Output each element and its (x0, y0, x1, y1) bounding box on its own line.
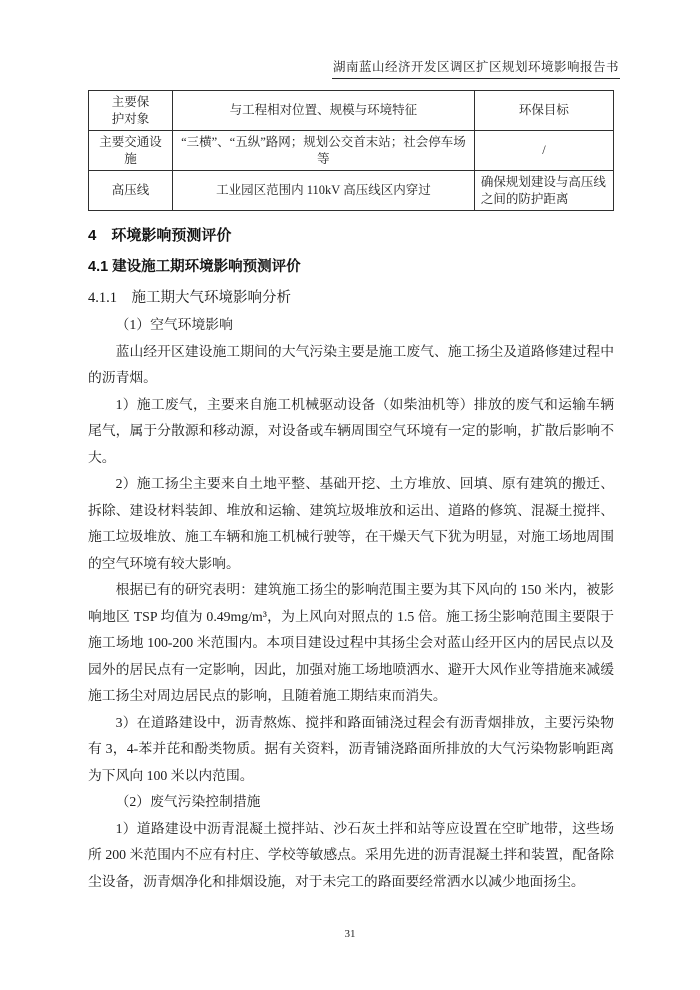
table-header-protect-target: 主要保 护对象 (89, 91, 173, 131)
running-title: 湖南蓝山经济开发区调区扩区规划环境影响报告书 (332, 57, 620, 79)
paragraph-construction-exhaust: 1）施工废气，主要来自施工机械驱动设备（如柴油机等）排放的废气和运输车辆尾气，属… (88, 392, 614, 472)
table-cell-target: 高压线 (89, 171, 173, 211)
table-cell-description: 工业园区范围内 110kV 高压线区内穿过 (173, 171, 475, 211)
page-number: 31 (0, 928, 700, 940)
table-header-position-feature: 与工程相对位置、规模与环境特征 (173, 91, 475, 131)
section-heading-4-1-1: 4.1.1 施工期大气环境影响分析 (88, 288, 614, 308)
paragraph-asphalt-smoke: 3）在道路建设中，沥青熬炼、搅拌和路面铺浇过程会有沥青烟排放，主要污染物有 3，… (88, 710, 614, 790)
body-text: （1）空气环境影响 蓝山经开区建设施工期间的大气污染主要是施工废气、施工扬尘及道… (88, 312, 614, 895)
paragraph-dust-research: 根据已有的研究表明：建筑施工扬尘的影响范围主要为其下风向的 150 米内，被影响… (88, 577, 614, 710)
section-heading-4-1: 4.1 建设施工期环境影响预测评价 (88, 257, 614, 277)
paragraph-intro: 蓝山经开区建设施工期间的大气污染主要是施工废气、施工扬尘及道路修建过程中的沥青烟… (88, 339, 614, 392)
table-cell-goal: 确保规划建设与高压线之间的防护距离 (474, 171, 613, 211)
paragraph-control-measures-subhead: （2）废气污染控制措施 (88, 789, 614, 816)
paragraph-construction-dust: 2）施工扬尘主要来自土地平整、基础开挖、土方堆放、回填、原有建筑的搬迁、拆除、建… (88, 471, 614, 577)
section-heading-4: 4 环境影响预测评价 (88, 226, 614, 246)
table-cell-goal: / (474, 131, 613, 171)
protection-targets-table: 主要保 护对象 与工程相对位置、规模与环境特征 环保目标 主要交通设施 “三横”… (88, 90, 614, 211)
paragraph-control-measure-1: 1）道路建设中沥青混凝土搅拌站、沙石灰土拌和站等应设置在空旷地带，这些场所 20… (88, 816, 614, 896)
document-page: { "header": { "title": "湖南蓝山经济开发区调区扩区规划环… (0, 0, 700, 990)
page-content: 主要保 护对象 与工程相对位置、规模与环境特征 环保目标 主要交通设施 “三横”… (88, 90, 614, 895)
table-row: 主要交通设施 “三横”、“五纵”路网；规划公交首末站；社会停车场等 / (89, 131, 614, 171)
table-cell-target: 主要交通设施 (89, 131, 173, 171)
table-header-row: 主要保 护对象 与工程相对位置、规模与环境特征 环保目标 (89, 91, 614, 131)
table-row: 高压线 工业园区范围内 110kV 高压线区内穿过 确保规划建设与高压线之间的防… (89, 171, 614, 211)
paragraph-air-impact-subhead: （1）空气环境影响 (88, 312, 614, 339)
table-cell-description: “三横”、“五纵”路网；规划公交首末站；社会停车场等 (173, 131, 475, 171)
table-header-env-goal: 环保目标 (474, 91, 613, 131)
